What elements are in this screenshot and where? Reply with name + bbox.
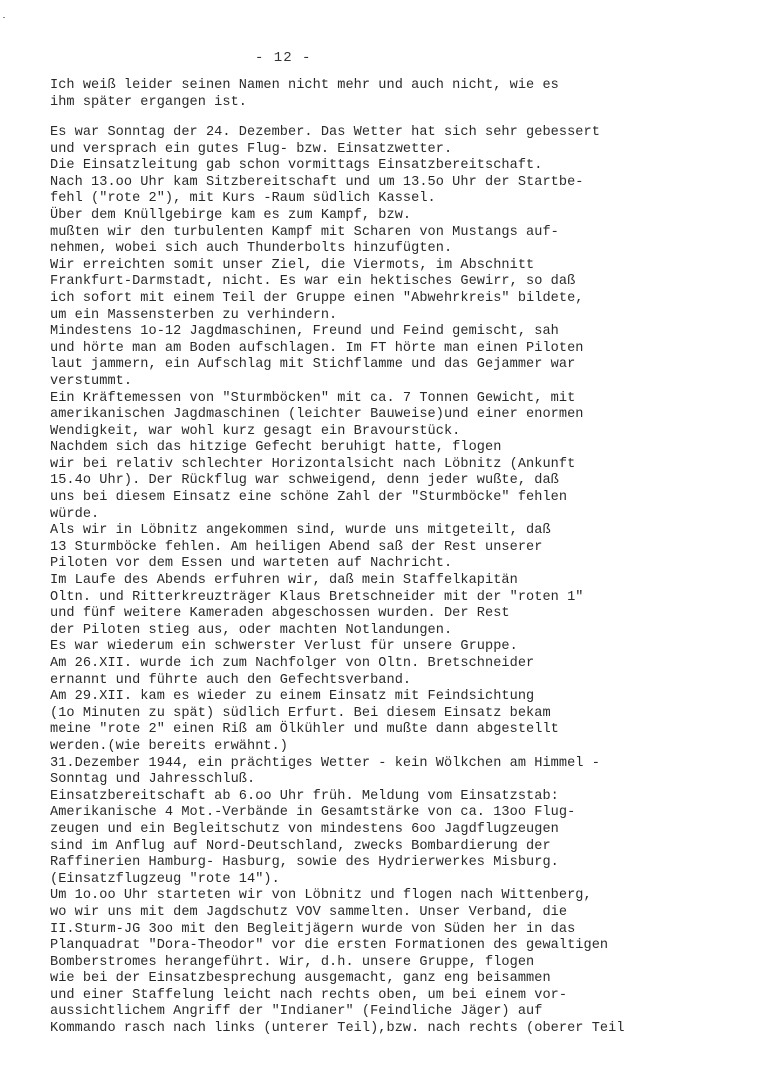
page-number: - 12 - bbox=[255, 50, 311, 66]
text-line: Um 1o.oo Uhr starteten wir von Löbnitz u… bbox=[50, 888, 770, 905]
text-line: um ein Massensterben zu verhindern. bbox=[50, 308, 770, 325]
text-line: 15.4o Uhr). Der Rückflug war schweigend,… bbox=[50, 473, 770, 490]
text-line: und einer Staffelung leicht nach rechts … bbox=[50, 988, 770, 1005]
text-line: und hörte man am Boden aufschlagen. Im F… bbox=[50, 341, 770, 358]
text-line: Bomberstromes herangeführt. Wir, d.h. un… bbox=[50, 955, 770, 972]
text-line: amerikanischen Jagdmaschinen (leichter B… bbox=[50, 407, 770, 424]
text-line: ich sofort mit einem Teil der Gruppe ein… bbox=[50, 291, 770, 308]
text-line: Nach 13.oo Uhr kam Sitzbereitschaft und … bbox=[50, 175, 770, 192]
text-line: Wendigkeit, war wohl kurz gesagt ein Bra… bbox=[50, 424, 770, 441]
text-line: 13 Sturmböcke fehlen. Am heiligen Abend … bbox=[50, 540, 770, 557]
paragraph-intro: Ich weiß leider seinen Namen nicht mehr … bbox=[50, 78, 770, 111]
text-line: Piloten vor dem Essen und warteten auf N… bbox=[50, 556, 770, 573]
text-line: würde. bbox=[50, 507, 770, 524]
text-line: Ein Kräftemessen von "Sturmböcken" mit c… bbox=[50, 391, 770, 408]
text-line: (1o Minuten zu spät) südlich Erfurt. Bei… bbox=[50, 706, 770, 723]
text-line: verstummt. bbox=[50, 374, 770, 391]
text-line: Ich weiß leider seinen Namen nicht mehr … bbox=[50, 78, 770, 95]
text-line: Im Laufe des Abends erfuhren wir, daß me… bbox=[50, 573, 770, 590]
text-line: Einsatzbereitschaft ab 6.oo Uhr früh. Me… bbox=[50, 789, 770, 806]
text-line: werden.(wie bereits erwähnt.) bbox=[50, 739, 770, 756]
text-line: wir bei relativ schlechter Horizontalsic… bbox=[50, 457, 770, 474]
text-line: nehmen, wobei sich auch Thunderbolts hin… bbox=[50, 241, 770, 258]
text-line: Oltn. und Ritterkreuzträger Klaus Bretsc… bbox=[50, 590, 770, 607]
text-line: Raffinerien Hamburg- Hasburg, sowie des … bbox=[50, 855, 770, 872]
paragraph-main: Es war Sonntag der 24. Dezember. Das Wet… bbox=[50, 125, 770, 1038]
text-line: 31.Dezember 1944, ein prächtiges Wetter … bbox=[50, 756, 770, 773]
text-line: Sonntag und Jahresschluß. bbox=[50, 772, 770, 789]
text-line: wie bei der Einsatzbesprechung ausgemach… bbox=[50, 971, 770, 988]
text-line: mußten wir den turbulenten Kampf mit Sch… bbox=[50, 225, 770, 242]
text-line: Am 26.XII. wurde ich zum Nachfolger von … bbox=[50, 656, 770, 673]
text-line: Wir erreichten somit unser Ziel, die Vie… bbox=[50, 258, 770, 275]
scan-speck bbox=[3, 17, 5, 18]
text-line: Amerikanische 4 Mot.-Verbände in Gesamts… bbox=[50, 805, 770, 822]
text-line: II.Sturm-JG 3oo mit den Begleitjägern wu… bbox=[50, 922, 770, 939]
text-line: Mindestens 1o-12 Jagdmaschinen, Freund u… bbox=[50, 324, 770, 341]
text-line: fehl ("rote 2"), mit Kurs -Raum südlich … bbox=[50, 191, 770, 208]
text-line: Kommando rasch nach links (unterer Teil)… bbox=[50, 1021, 770, 1038]
text-line: Es war wiederum ein schwerster Verlust f… bbox=[50, 639, 770, 656]
text-line: und versprach ein gutes Flug- bzw. Einsa… bbox=[50, 142, 770, 159]
text-line: Über dem Knüllgebirge kam es zum Kampf, … bbox=[50, 208, 770, 225]
text-line: Nachdem sich das hitzige Gefecht beruhig… bbox=[50, 440, 770, 457]
text-line: ernannt und führte auch den Gefechtsverb… bbox=[50, 673, 770, 690]
text-line: (Einsatzflugzeug "rote 14"). bbox=[50, 872, 770, 889]
text-line: Am 29.XII. kam es wieder zu einem Einsat… bbox=[50, 689, 770, 706]
text-line: wo wir uns mit dem Jagdschutz VOV sammel… bbox=[50, 905, 770, 922]
text-line: und fünf weitere Kameraden abgeschossen … bbox=[50, 606, 770, 623]
text-line: meine "rote 2" einen Riß am Ölkühler und… bbox=[50, 722, 770, 739]
text-line: der Piloten stieg aus, oder machten Notl… bbox=[50, 623, 770, 640]
text-line: ihm später ergangen ist. bbox=[50, 95, 770, 112]
text-line: Frankfurt-Darmstadt, nicht. Es war ein h… bbox=[50, 274, 770, 291]
text-line: uns bei diesem Einsatz eine schöne Zahl … bbox=[50, 490, 770, 507]
text-line: laut jammern, ein Aufschlag mit Stichfla… bbox=[50, 357, 770, 374]
text-line: Planquadrat "Dora-Theodor" vor die erste… bbox=[50, 938, 770, 955]
text-line: Als wir in Löbnitz angekommen sind, wurd… bbox=[50, 523, 770, 540]
text-line: Es war Sonntag der 24. Dezember. Das Wet… bbox=[50, 125, 770, 142]
text-line: Die Einsatzleitung gab schon vormittags … bbox=[50, 158, 770, 175]
text-line: aussichtlichem Angriff der "Indianer" (F… bbox=[50, 1004, 770, 1021]
text-line: sind im Anflug auf Nord-Deutschland, zwe… bbox=[50, 839, 770, 856]
text-line: zeugen und ein Begleitschutz von mindest… bbox=[50, 822, 770, 839]
